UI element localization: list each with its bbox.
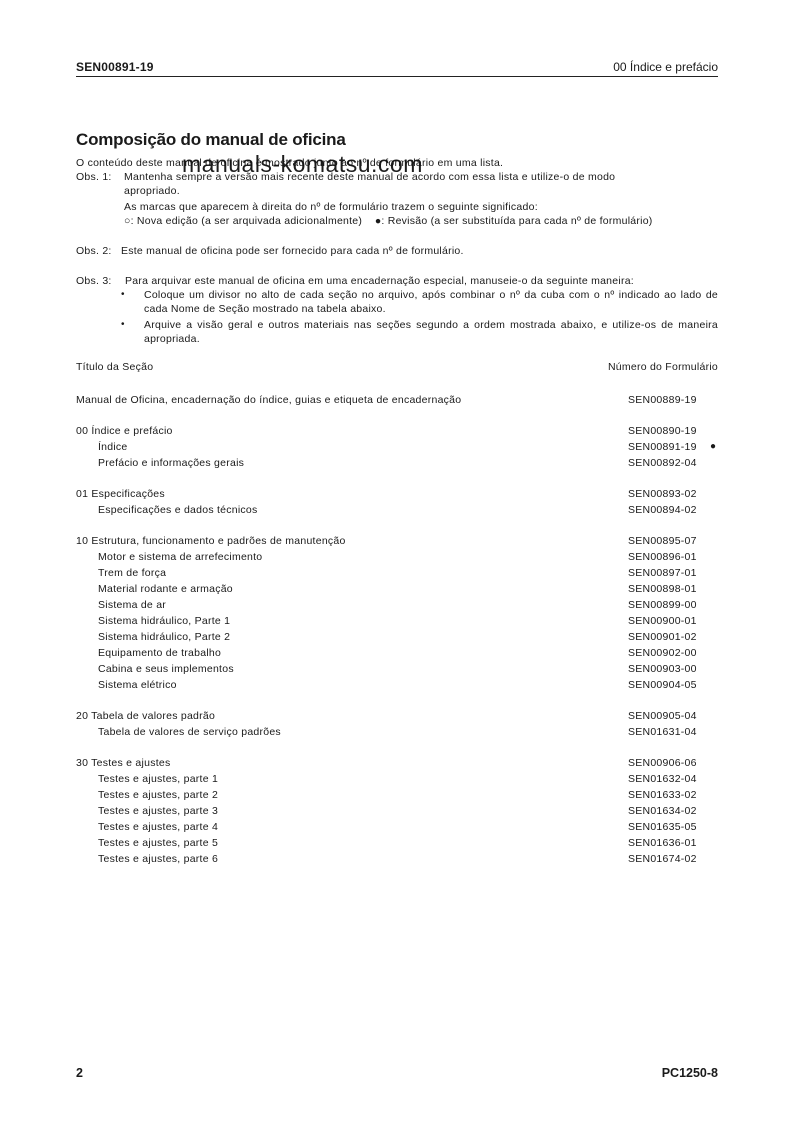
section-title: Testes e ajustes, parte 3: [98, 804, 218, 818]
table-row: 00 Índice e prefácioSEN00890-19: [76, 424, 718, 440]
form-number: SEN00892-04: [628, 456, 697, 470]
table-row: Sistema de arSEN00899-00: [76, 598, 718, 614]
section-title: Prefácio e informações gerais: [98, 456, 244, 470]
table-row: Testes e ajustes, parte 2SEN01633-02: [76, 788, 718, 804]
form-number: SEN00893-02: [628, 487, 697, 501]
obs1-line3: As marcas que aparecem à direita do nº d…: [124, 200, 538, 214]
section-title: Testes e ajustes, parte 6: [98, 852, 218, 866]
obs2-text: Este manual de oficina pode ser fornecid…: [121, 244, 464, 258]
table-row: Equipamento de trabalhoSEN00902-00: [76, 646, 718, 662]
table-row: 20 Tabela de valores padrãoSEN00905-04: [76, 709, 718, 725]
table-row: Testes e ajustes, parte 4SEN01635-05: [76, 820, 718, 836]
col-form-number: Número do Formulário: [608, 361, 718, 373]
obs3-label: Obs. 3:: [76, 274, 112, 288]
table-row: Sistema hidráulico, Parte 1SEN00900-01: [76, 614, 718, 630]
section-title: Especificações e dados técnicos: [98, 503, 258, 517]
form-number: SEN00896-01: [628, 550, 697, 564]
obs1-label: Obs. 1:: [76, 170, 112, 184]
form-number: SEN00895-07: [628, 534, 697, 548]
table-row: Prefácio e informações geraisSEN00892-04: [76, 456, 718, 472]
form-number: SEN00894-02: [628, 503, 697, 517]
table-row: Manual de Oficina, encadernação do índic…: [76, 393, 718, 409]
form-number: SEN01636-01: [628, 836, 697, 850]
form-number: SEN00897-01: [628, 566, 697, 580]
section-title: 00 Índice e prefácio: [76, 424, 173, 438]
section-title: Motor e sistema de arrefecimento: [98, 550, 262, 564]
section-title: 10 Estrutura, funcionamento e padrões de…: [76, 534, 346, 548]
form-number: SEN00899-00: [628, 598, 697, 612]
table-row: Trem de forçaSEN00897-01: [76, 566, 718, 582]
section-title: Sistema hidráulico, Parte 1: [98, 614, 230, 628]
section-title: Índice: [98, 440, 128, 454]
obs3-text: Para arquivar este manual de oficina em …: [125, 274, 634, 288]
section-table: Manual de Oficina, encadernação do índic…: [76, 393, 718, 868]
section-title: 20 Tabela de valores padrão: [76, 709, 215, 723]
doc-code: SEN00891-19: [76, 60, 154, 74]
section-title: 01 Especificações: [76, 487, 165, 501]
section-title: Trem de força: [98, 566, 166, 580]
obs1-legend: ○: Nova edição (a ser arquivada adiciona…: [124, 214, 653, 228]
table-row: 01 EspecificaçõesSEN00893-02: [76, 487, 718, 503]
form-number: SEN00903-00: [628, 662, 697, 676]
machine-model: PC1250-8: [662, 1066, 718, 1080]
page-title: Composição do manual de oficina: [76, 130, 346, 150]
page-number: 2: [76, 1066, 83, 1080]
table-row: Cabina e seus implementosSEN00903-00: [76, 662, 718, 678]
form-number: SEN00898-01: [628, 582, 697, 596]
table-row: ÍndiceSEN00891-19●: [76, 440, 718, 456]
page-header: SEN00891-19 00 Índice e prefácio: [76, 60, 718, 77]
form-number: SEN00889-19: [628, 393, 697, 407]
watermark: manuals-komatsu.com: [182, 151, 423, 178]
table-row: Sistema hidráulico, Parte 2SEN00901-02: [76, 630, 718, 646]
section-title: Manual de Oficina, encadernação do índic…: [76, 393, 461, 407]
section-title: Testes e ajustes, parte 2: [98, 788, 218, 802]
section-title: Tabela de valores de serviço padrões: [98, 725, 281, 739]
form-number: SEN00890-19: [628, 424, 697, 438]
form-number: SEN00900-01: [628, 614, 697, 628]
form-number: SEN01633-02: [628, 788, 697, 802]
section-title: Testes e ajustes, parte 1: [98, 772, 218, 786]
obs3-bullet-2: Arquive a visão geral e outros materiais…: [144, 318, 718, 346]
header-section: 00 Índice e prefácio: [613, 60, 718, 74]
table-row: Tabela de valores de serviço padrõesSEN0…: [76, 725, 718, 741]
table-row: Motor e sistema de arrefecimentoSEN00896…: [76, 550, 718, 566]
section-title: Material rodante e armação: [98, 582, 233, 596]
table-row: Material rodante e armaçãoSEN00898-01: [76, 582, 718, 598]
section-title: Equipamento de trabalho: [98, 646, 221, 660]
form-number: SEN01635-05: [628, 820, 697, 834]
new-edition-icon: ○: [124, 215, 131, 227]
obs3-bullet-1: Coloque um divisor no alto de cada seção…: [144, 288, 718, 316]
form-number: SEN00906-06: [628, 756, 697, 770]
section-title: Sistema de ar: [98, 598, 166, 612]
table-header: Título da Seção Número do Formulário: [76, 361, 718, 373]
table-row: 10 Estrutura, funcionamento e padrões de…: [76, 534, 718, 550]
form-number: SEN01632-04: [628, 772, 697, 786]
bullet-icon: •: [121, 319, 125, 330]
section-title: Sistema hidráulico, Parte 2: [98, 630, 230, 644]
form-number: SEN00905-04: [628, 709, 697, 723]
section-title: Testes e ajustes, parte 5: [98, 836, 218, 850]
revision-mark-icon: ●: [710, 440, 716, 454]
form-number: SEN01634-02: [628, 804, 697, 818]
new-edition-legend: : Nova edição (a ser arquivada adicional…: [131, 215, 363, 227]
col-section-title: Título da Seção: [76, 361, 153, 373]
obs1-line2: apropriado.: [124, 184, 180, 198]
table-row: Especificações e dados técnicosSEN00894-…: [76, 503, 718, 519]
form-number: SEN00902-00: [628, 646, 697, 660]
table-row: Testes e ajustes, parte 5SEN01636-01: [76, 836, 718, 852]
section-title: Sistema elétrico: [98, 678, 177, 692]
section-title: 30 Testes e ajustes: [76, 756, 170, 770]
revision-legend: : Revisão (a ser substituída para cada n…: [381, 215, 652, 227]
bullet-icon: •: [121, 289, 125, 300]
form-number: SEN00904-05: [628, 678, 697, 692]
form-number: SEN00901-02: [628, 630, 697, 644]
form-number: SEN00891-19: [628, 440, 697, 454]
form-number: SEN01674-02: [628, 852, 697, 866]
section-title: Cabina e seus implementos: [98, 662, 234, 676]
section-title: Testes e ajustes, parte 4: [98, 820, 218, 834]
obs2-label: Obs. 2:: [76, 244, 112, 258]
form-number: SEN01631-04: [628, 725, 697, 739]
table-row: Testes e ajustes, parte 6SEN01674-02: [76, 852, 718, 868]
table-row: Sistema elétricoSEN00904-05: [76, 678, 718, 694]
table-row: Testes e ajustes, parte 1SEN01632-04: [76, 772, 718, 788]
table-row: Testes e ajustes, parte 3SEN01634-02: [76, 804, 718, 820]
table-row: 30 Testes e ajustesSEN00906-06: [76, 756, 718, 772]
